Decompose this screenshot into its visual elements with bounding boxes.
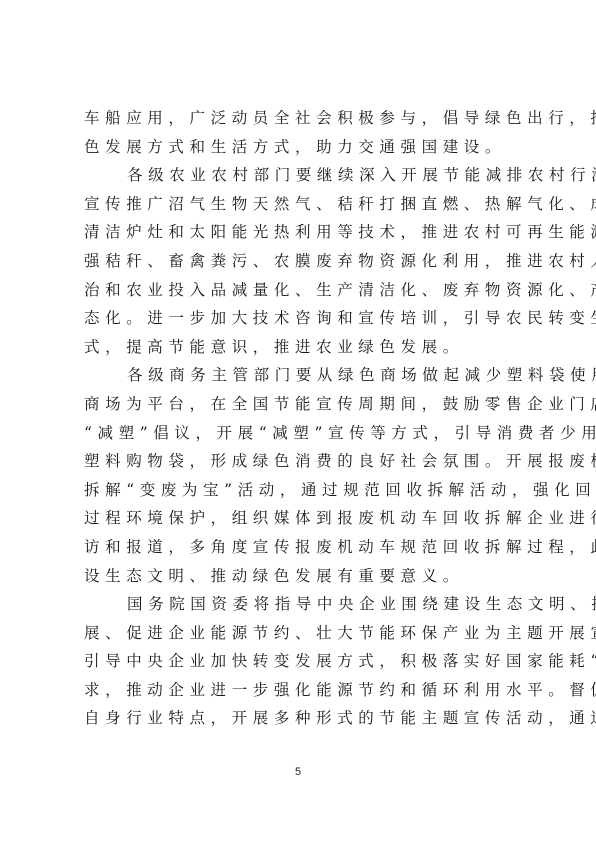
page-number: 5	[0, 766, 596, 778]
paragraph-sasac: 国务院国资委将指导中央企业围绕建设生态文明、推动绿色发 展、促进企业能源节约、壮…	[84, 590, 514, 733]
text-line: “减塑”倡议，开展“减塑”宣传等方式，引导消费者少用、不用	[84, 419, 514, 448]
text-line: 车船应用，广泛动员全社会积极参与，倡导绿色出行，推动形成绿	[84, 104, 514, 133]
text-line: 各级农业农村部门要继续深入开展节能减排农村行活动，大力	[84, 161, 514, 190]
text-line: 拆解“变废为宝”活动，通过规范回收拆解活动，强化回收拆解全	[84, 476, 514, 505]
paragraph-commerce: 各级商务主管部门要从绿色商场做起减少塑料袋使用。以绿色 商场为平台，在全国节能宣…	[84, 361, 514, 590]
paragraph-transport: 车船应用，广泛动员全社会积极参与，倡导绿色出行，推动形成绿 色发展方式和生活方式…	[84, 104, 514, 161]
text-line: 清洁炉灶和太阳能光热利用等技术，推进农村可再生能源建设。加	[84, 218, 514, 247]
text-line: 商场为平台，在全国节能宣传周期间，鼓励零售企业门店通过发布	[84, 390, 514, 419]
text-line: 设生态文明、推动绿色发展有重要意义。	[84, 562, 514, 591]
body-text: 车船应用，广泛动员全社会积极参与，倡导绿色出行，推动形成绿 色发展方式和生活方式…	[84, 104, 514, 733]
text-line: 治和农业投入品减量化、生产清洁化、废弃物资源化、产业模式生	[84, 276, 514, 305]
text-line: 式，提高节能意识，推进农业绿色发展。	[84, 333, 514, 362]
paragraph-agriculture: 各级农业农村部门要继续深入开展节能减排农村行活动，大力 宣传推广沼气生物天然气、…	[84, 161, 514, 361]
text-line: 展、促进企业能源节约、壮大节能环保产业为主题开展宣传活动。	[84, 619, 514, 648]
text-line: 求，推动企业进一步强化能源节约和循环利用水平。督促企业结合	[84, 676, 514, 705]
text-line: 宣传推广沼气生物天然气、秸秆打捆直燃、热解气化、成型燃料、	[84, 190, 514, 219]
text-line: 各级商务主管部门要从绿色商场做起减少塑料袋使用。以绿色	[84, 361, 514, 390]
text-line: 过程环境保护，组织媒体到报废机动车回收拆解企业进行拍摄、采	[84, 504, 514, 533]
text-line: 态化。进一步加大技术咨询和宣传培训，引导农民转变生产生活方	[84, 304, 514, 333]
text-line: 塑料购物袋，形成绿色消费的良好社会氛围。开展报废机动车回收	[84, 447, 514, 476]
text-line: 色发展方式和生活方式，助力交通强国建设。	[84, 133, 514, 162]
text-line: 国务院国资委将指导中央企业围绕建设生态文明、推动绿色发	[84, 590, 514, 619]
text-line: 访和报道，多角度宣传报废机动车规范回收拆解过程，此活动对建	[84, 533, 514, 562]
document-page: 车船应用，广泛动员全社会积极参与，倡导绿色出行，推动形成绿 色发展方式和生活方式…	[0, 0, 596, 842]
text-line: 强秸秆、畜禽粪污、农膜废弃物资源化利用，推进农村人居环境整	[84, 247, 514, 276]
text-line: 自身行业特点，开展多种形式的节能主题宣传活动，通过组织节能	[84, 704, 514, 733]
text-line: 引导中央企业加快转变发展方式，积极落实好国家能耗“双控”要	[84, 647, 514, 676]
